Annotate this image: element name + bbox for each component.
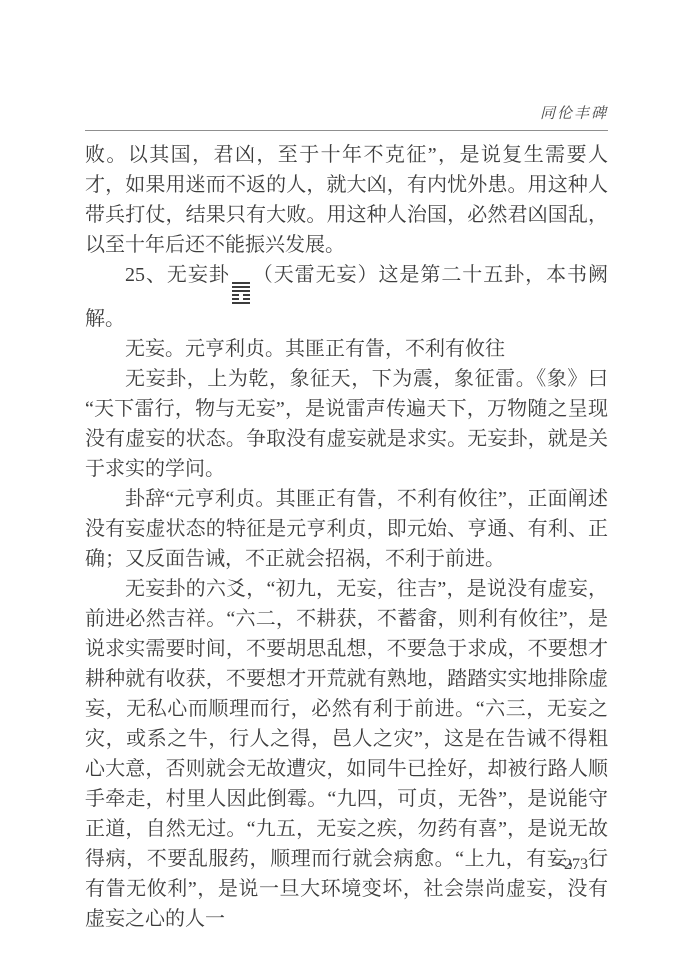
- page-footer: – 273 –: [85, 856, 600, 874]
- paragraph-hexagram-heading: 25、无妄卦（天雷无妄）这是第二十五卦，本书阙解。: [85, 260, 608, 334]
- page-number: – 273 –: [552, 856, 600, 873]
- paragraph-explanation-2: 卦辞“元亨利贞。其匪正有眚，不利有攸往”，正面阐述没有妄虚状态的特征是元亨利贞，…: [85, 484, 608, 574]
- paragraph-continuation: 败。以其国，君凶，至于十年不克征”，是说复生需要人才，如果用迷而不返的人，就大凶…: [85, 140, 608, 260]
- page-header: 同伦丰碑: [85, 102, 608, 123]
- book-page: 同伦丰碑 败。以其国，君凶，至于十年不克征”，是说复生需要人才，如果用迷而不返的…: [0, 0, 692, 968]
- hexagram-heading-before: 25、无妄卦: [125, 264, 230, 286]
- hexagram-25-wuwang-icon: [232, 282, 250, 304]
- paragraph-guaci: 无妄。元亨利贞。其匪正有眚，不利有攸往: [85, 334, 608, 364]
- paragraph-explanation-1: 无妄卦，上为乾，象征天，下为震，象征雷。《象》曰“天下雷行，物与无妄”，是说雷声…: [85, 364, 608, 484]
- header-rule: [85, 130, 608, 131]
- paragraph-six-lines: 无妄卦的六爻，“初九，无妄，往吉”，是说没有虚妄，前进必然吉祥。“六二，不耕获，…: [85, 574, 608, 934]
- text-block: 败。以其国，君凶，至于十年不克征”，是说复生需要人才，如果用迷而不返的人，就大凶…: [85, 140, 608, 934]
- running-title: 同伦丰碑: [540, 106, 608, 122]
